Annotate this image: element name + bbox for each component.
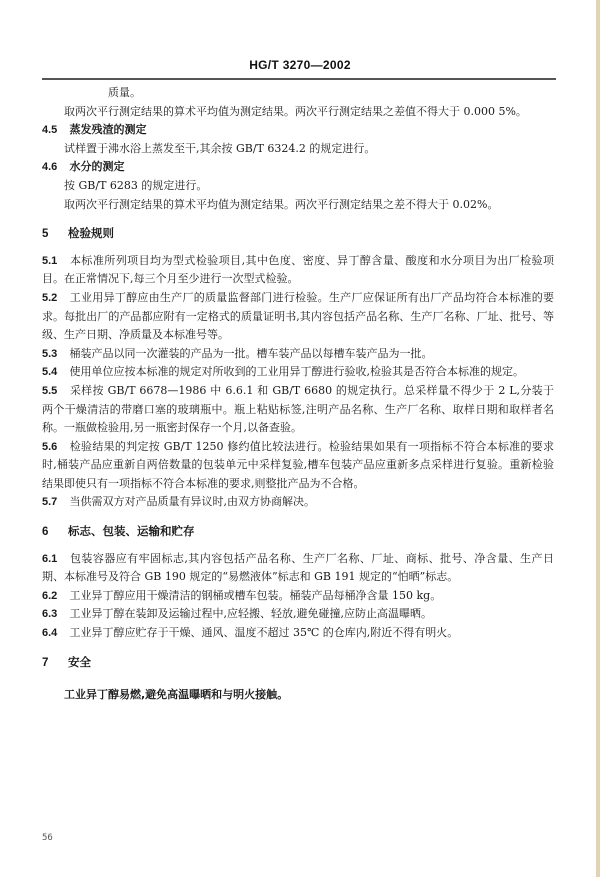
clause-number: 5.4 xyxy=(42,363,64,382)
section-title: 检验规则 xyxy=(68,226,114,240)
continuation-line: 取两次平行测定结果的算术平均值为测定结果。两次平行测定结果之差值不得大于 0.0… xyxy=(42,103,554,122)
clause-number: 5.6 xyxy=(42,438,64,457)
clause-4-5: 4.5 蒸发残渣的测定 试样置于沸水浴上蒸发至干,其余按 GB/T 6324.2… xyxy=(42,121,554,158)
clause-text: 工业异丁醇在装卸及运输过程中,应轻搬、轻放,避免碰撞,应防止高温曝晒。 xyxy=(70,607,433,620)
page-edge xyxy=(596,0,600,877)
clause-text: 试样置于沸水浴上蒸发至干,其余按 GB/T 6324.2 的规定进行。 xyxy=(42,140,554,159)
clause-number: 4.5 xyxy=(42,121,64,140)
header-rule xyxy=(42,78,556,80)
clause-5-5: 5.5 采样按 GB/T 6678—1986 中 6.6.1 和 GB/T 66… xyxy=(42,382,554,438)
continuation-line: 质量。 xyxy=(42,84,554,103)
clause-6-2: 6.2 工业异丁醇应用干燥清洁的钢桶或槽车包装。桶装产品每桶净含量 150 kg… xyxy=(42,587,554,606)
clause-text: 使用单位应按本标准的规定对所收到的工业用异丁醇进行验收,检验其是否符合本标准的规… xyxy=(70,365,525,378)
clause-6-4: 6.4 工业异丁醇应贮存于干燥、通风、温度不超过 35℃ 的仓库内,附近不得有明… xyxy=(42,624,554,643)
clause-4-6: 4.6 水分的测定 按 GB/T 6283 的规定进行。 取两次平行测定结果的算… xyxy=(42,158,554,214)
section-number: 6 xyxy=(42,523,64,542)
page-body: 质量。 取两次平行测定结果的算术平均值为测定结果。两次平行测定结果之差值不得大于… xyxy=(42,84,554,705)
section-number: 5 xyxy=(42,225,64,244)
clause-5-7: 5.7 当供需双方对产品质量有异议时,由双方协商解决。 xyxy=(42,493,554,512)
clause-5-6: 5.6 检验结果的判定按 GB/T 1250 修约值比较法进行。检验结果如果有一… xyxy=(42,438,554,494)
clause-text: 按 GB/T 6283 的规定进行。 xyxy=(42,177,554,196)
clause-text: 取两次平行测定结果的算术平均值为测定结果。两次平行测定结果之差不得大于 0.02… xyxy=(42,196,554,215)
clause-5-4: 5.4 使用单位应按本标准的规定对所收到的工业用异丁醇进行验收,检验其是否符合本… xyxy=(42,363,554,382)
section-heading-6: 6 标志、包装、运输和贮存 xyxy=(42,522,554,542)
clause-6-1: 6.1 包装容器应有牢固标志,其内容包括产品名称、生产厂名称、厂址、商标、批号、… xyxy=(42,550,554,587)
clause-text: 包装容器应有牢固标志,其内容包括产品名称、生产厂名称、厂址、商标、批号、净含量、… xyxy=(42,552,554,584)
running-header: HG/T 3270—2002 xyxy=(0,58,600,72)
section-heading-7: 7 安全 xyxy=(42,653,554,673)
clause-text: 工业用异丁醇应由生产厂的质量监督部门进行检验。生产厂应保证所有出厂产品均符合本标… xyxy=(42,291,554,341)
clause-title: 水分的测定 xyxy=(70,160,125,173)
clause-text: 采样按 GB/T 6678—1986 中 6.6.1 和 GB/T 6680 的… xyxy=(42,384,554,434)
clause-number: 5.2 xyxy=(42,289,64,308)
clause-title: 蒸发残渣的测定 xyxy=(70,123,147,136)
safety-statement: 工业异丁醇易燃,避免高温曝晒和与明火接触。 xyxy=(64,686,554,705)
section-number: 7 xyxy=(42,654,64,673)
clause-number: 6.2 xyxy=(42,587,64,606)
section-title: 标志、包装、运输和贮存 xyxy=(68,524,195,538)
clause-6-3: 6.3 工业异丁醇在装卸及运输过程中,应轻搬、轻放,避免碰撞,应防止高温曝晒。 xyxy=(42,605,554,624)
clause-text: 工业异丁醇应用干燥清洁的钢桶或槽车包装。桶装产品每桶净含量 150 kg。 xyxy=(70,589,442,602)
clause-text: 检验结果的判定按 GB/T 1250 修约值比较法进行。检验结果如果有一项指标不… xyxy=(42,440,554,490)
clause-number: 5.5 xyxy=(42,382,64,401)
clause-number: 5.7 xyxy=(42,493,64,512)
clause-number: 5.3 xyxy=(42,345,64,364)
clause-5-2: 5.2 工业用异丁醇应由生产厂的质量监督部门进行检验。生产厂应保证所有出厂产品均… xyxy=(42,289,554,345)
section-title: 安全 xyxy=(68,655,91,669)
page-number: 56 xyxy=(42,833,53,843)
clause-number: 5.1 xyxy=(42,252,64,271)
clause-number: 4.6 xyxy=(42,158,64,177)
clause-text: 桶装产品以同一次灌装的产品为一批。槽车装产品以每槽车装产品为一批。 xyxy=(70,347,433,360)
clause-5-3: 5.3 桶装产品以同一次灌装的产品为一批。槽车装产品以每槽车装产品为一批。 xyxy=(42,345,554,364)
clause-number: 6.3 xyxy=(42,605,64,624)
clause-number: 6.1 xyxy=(42,550,64,569)
clause-number: 6.4 xyxy=(42,624,64,643)
clause-text: 当供需双方对产品质量有异议时,由双方协商解决。 xyxy=(70,495,316,508)
section-heading-5: 5 检验规则 xyxy=(42,224,554,244)
clause-text: 本标准所列项目均为型式检验项目,其中色度、密度、异丁醇含量、酸度和水分项目为出厂… xyxy=(42,254,554,286)
clause-5-1: 5.1 本标准所列项目均为型式检验项目,其中色度、密度、异丁醇含量、酸度和水分项… xyxy=(42,252,554,289)
clause-text: 工业异丁醇应贮存于干燥、通风、温度不超过 35℃ 的仓库内,附近不得有明火。 xyxy=(70,626,459,639)
